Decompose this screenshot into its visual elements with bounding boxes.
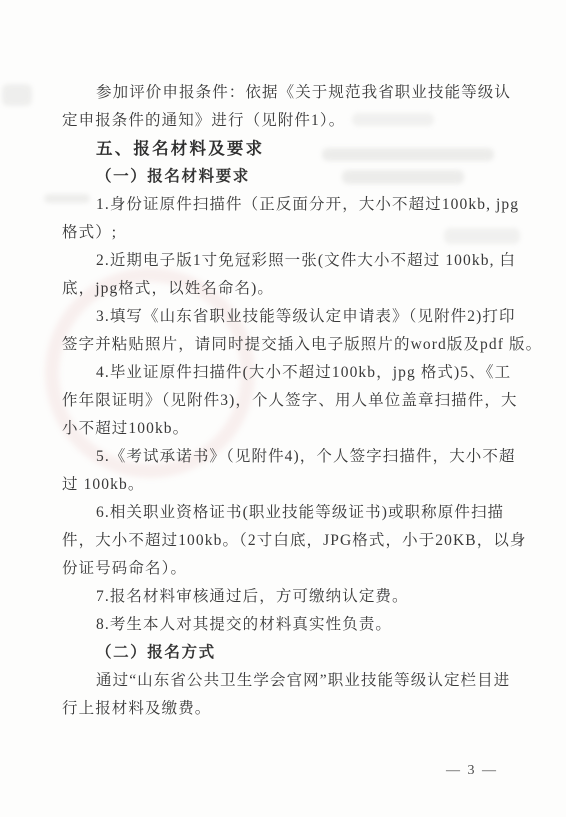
section-5-heading: 五、报名材料及要求 <box>62 135 514 163</box>
scan-smudge-artifact <box>2 84 32 106</box>
item-4-line-3: 小不超过100kb。 <box>62 415 514 443</box>
item-1-line-1: 1.身份证原件扫描件（正反面分开，大小不超过100kb, jpg <box>62 191 514 219</box>
item-7-line-1: 7.报名材料审核通过后，方可缴纳认定费。 <box>62 583 514 611</box>
item-5-line-2: 过 100kb。 <box>62 471 514 499</box>
item-6-line-2: 件，大小不超过100kb。（2寸白底，JPG格式，小于20KB，以身 <box>62 527 514 555</box>
item-1-line-2: 格式）; <box>62 219 514 247</box>
item-2-line-1: 2.近期电子版1寸免冠彩照一张(文件大小不超过 100kb, 白 <box>62 247 514 275</box>
subsection-1-heading: （一）报名材料要求 <box>62 163 514 191</box>
item-5-line-1: 5.《考试承诺书》（见附件4)，个人签字扫描件，大小不超 <box>62 443 514 471</box>
document-page: 参加评价申报条件：依据《关于规范我省职业技能等级认 定申报条件的通知》进行（见附… <box>0 0 566 817</box>
subsection-2-heading: （二）报名方式 <box>62 639 514 667</box>
intro-line-2: 定申报条件的通知》进行（见附件1）。 <box>62 107 514 135</box>
item-3-line-1: 3.填写《山东省职业技能等级认定申请表》（见附件2)打印 <box>62 303 514 331</box>
item-8-line-1: 8.考生本人对其提交的材料真实性负责。 <box>62 611 514 639</box>
page-number: — 3 — <box>446 763 498 779</box>
item-4-line-2: 作年限证明》（见附件3)，个人签字、用人单位盖章扫描件，大 <box>62 387 514 415</box>
intro-line-1: 参加评价申报条件：依据《关于规范我省职业技能等级认 <box>62 79 514 107</box>
method-line-2: 行上报材料及缴费。 <box>62 695 514 723</box>
item-4-line-1: 4.毕业证原件扫描件(大小不超过100kb，jpg 格式)5、《工 <box>62 359 514 387</box>
item-6-line-1: 6.相关职业资格证书(职业技能等级证书)或职称原件扫描 <box>62 499 514 527</box>
document-body: 参加评价申报条件：依据《关于规范我省职业技能等级认 定申报条件的通知》进行（见附… <box>62 79 514 723</box>
method-line-1: 通过“山东省公共卫生学会官网”职业技能等级认定栏目进 <box>62 667 514 695</box>
item-2-line-2: 底，jpg格式，以姓名命名)。 <box>62 275 514 303</box>
item-3-line-2: 签字并粘贴照片，请同时提交插入电子版照片的word版及pdf 版。 <box>62 331 514 359</box>
item-6-line-3: 份证号码命名）。 <box>62 555 514 583</box>
